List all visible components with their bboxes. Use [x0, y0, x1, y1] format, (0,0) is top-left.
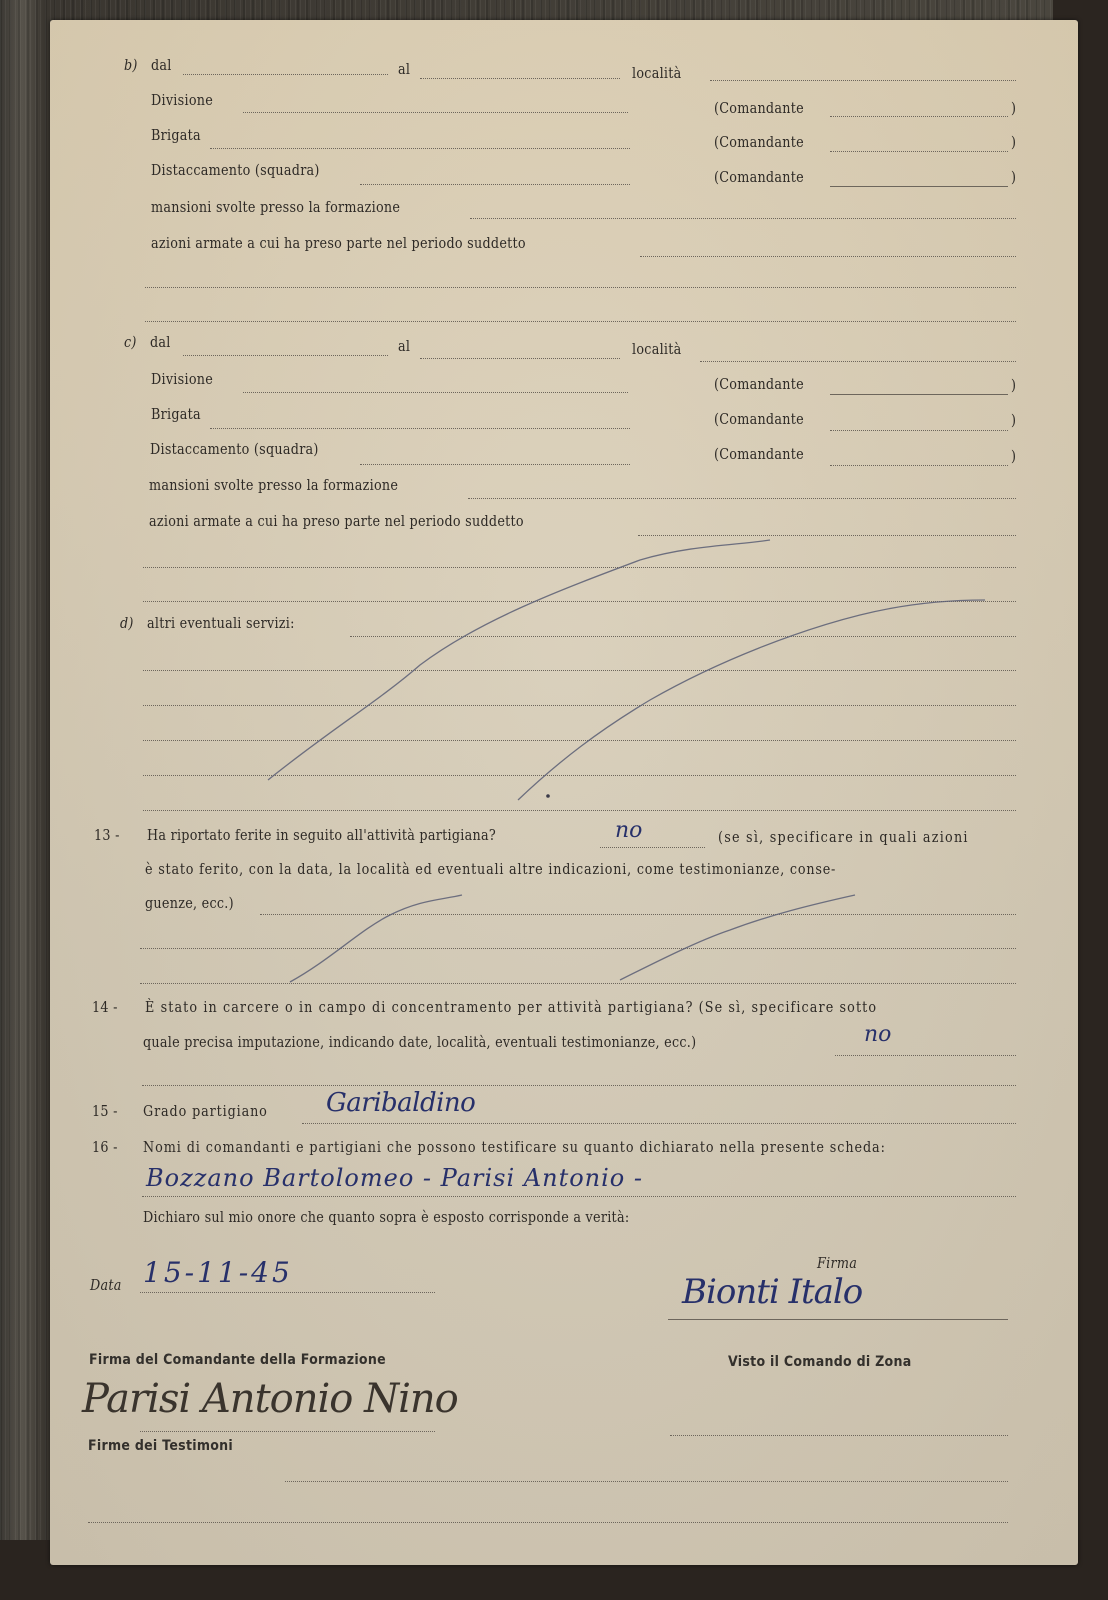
- q14-answer: no: [864, 1022, 891, 1047]
- comandante-divisione-field[interactable]: [830, 394, 1008, 395]
- altri-servizi-line5[interactable]: [143, 775, 1016, 776]
- azioni-field-line2[interactable]: [145, 287, 1016, 288]
- azioni-field[interactable]: [640, 256, 1016, 257]
- q13-line2: è stato ferito, con la data, la località…: [145, 862, 836, 878]
- altri-servizi-line6[interactable]: [143, 810, 1016, 811]
- q13-line3: guenze, ecc.): [145, 896, 234, 912]
- close-paren: ): [1011, 378, 1016, 394]
- al-label: al: [398, 62, 410, 78]
- dal-label: dal: [151, 58, 172, 74]
- brigata-label: Brigata: [151, 128, 201, 144]
- q14-line1: È stato in carcere o in campo di concent…: [145, 1000, 877, 1016]
- declaration-text: Dichiaro sul mio onore che quanto sopra …: [143, 1210, 629, 1226]
- firma-value: Bionti Italo: [682, 1272, 862, 1312]
- localita-field[interactable]: [700, 361, 1016, 362]
- close-paren: ): [1011, 413, 1016, 429]
- divisione-label: Divisione: [151, 93, 213, 109]
- q14-line2: quale precisa imputazione, indicando dat…: [143, 1035, 696, 1051]
- comandante-divisione-field[interactable]: [830, 116, 1008, 117]
- altri-servizi-line2[interactable]: [143, 670, 1016, 671]
- brigata-field[interactable]: [210, 148, 630, 149]
- localita-field[interactable]: [710, 80, 1016, 81]
- q13-answer: no: [615, 818, 642, 843]
- mansioni-label: mansioni svolte presso la formazione: [149, 478, 398, 494]
- altri-servizi-label: altri eventuali servizi:: [147, 616, 295, 632]
- distaccamento-label: Distaccamento (squadra): [150, 442, 319, 458]
- azioni-field-line3[interactable]: [143, 601, 1016, 602]
- comandante-distaccamento-field[interactable]: [830, 186, 1008, 187]
- section-d-marker: d): [120, 616, 134, 632]
- firma-comandante-value: Parisi Antonio Nino: [82, 1376, 458, 1422]
- azioni-field-line2[interactable]: [143, 567, 1016, 568]
- azioni-field[interactable]: [638, 535, 1016, 536]
- comandante-label: (Comandante: [714, 135, 804, 151]
- firma-comandante-field[interactable]: [140, 1431, 435, 1432]
- altri-servizi-field[interactable]: [350, 636, 1016, 637]
- q16-number: 16 -: [92, 1140, 118, 1156]
- distaccamento-field[interactable]: [360, 184, 630, 185]
- firme-testimoni-line2[interactable]: [88, 1522, 1008, 1523]
- brigata-label: Brigata: [151, 407, 201, 423]
- dal-field[interactable]: [183, 355, 388, 356]
- close-paren: ): [1011, 449, 1016, 465]
- localita-label: località: [632, 66, 682, 82]
- dal-label: dal: [150, 335, 171, 351]
- firma-field[interactable]: [668, 1319, 1008, 1320]
- comandante-distaccamento-field[interactable]: [830, 465, 1008, 466]
- witnesses-field[interactable]: [142, 1196, 1016, 1197]
- q13-number: 13 -: [94, 828, 120, 844]
- divisione-field[interactable]: [243, 112, 628, 113]
- section-c-marker: c): [124, 335, 137, 351]
- data-field[interactable]: [140, 1292, 435, 1293]
- q15-number: 15 -: [92, 1104, 118, 1120]
- al-field[interactable]: [420, 358, 620, 359]
- dal-field[interactable]: [183, 74, 388, 75]
- visto-field[interactable]: [670, 1435, 1008, 1436]
- q13-line1-rest: (se sì, specificare in quali azioni: [718, 830, 969, 846]
- comandante-label: (Comandante: [714, 170, 804, 186]
- distaccamento-label: Distaccamento (squadra): [151, 163, 320, 179]
- comandante-label: (Comandante: [714, 412, 804, 428]
- comandante-brigata-field[interactable]: [830, 430, 1008, 431]
- brigata-field[interactable]: [210, 428, 630, 429]
- q13-details-line2[interactable]: [140, 948, 1016, 949]
- altri-servizi-line4[interactable]: [143, 740, 1016, 741]
- mansioni-field[interactable]: [468, 498, 1016, 499]
- data-label: Data: [90, 1278, 122, 1294]
- firma-label: Firma: [817, 1256, 857, 1272]
- grado-value: Garibaldino: [326, 1088, 475, 1118]
- al-field[interactable]: [420, 78, 620, 79]
- close-paren: ): [1011, 170, 1016, 186]
- close-paren: ): [1011, 135, 1016, 151]
- azioni-label: azioni armate a cui ha preso parte nel p…: [149, 514, 524, 530]
- al-label: al: [398, 339, 410, 355]
- witnesses-value: Bozzano Bartolomeo - Parisi Antonio -: [146, 1164, 643, 1192]
- data-value: 15-11-45: [143, 1256, 293, 1289]
- localita-label: località: [632, 342, 682, 358]
- azioni-field-line3[interactable]: [145, 321, 1016, 322]
- q13-answer-field[interactable]: [600, 847, 705, 848]
- distaccamento-field[interactable]: [360, 464, 630, 465]
- visto-label: Visto il Comando di Zona: [728, 1354, 911, 1370]
- comandante-label: (Comandante: [714, 377, 804, 393]
- mansioni-field[interactable]: [470, 218, 1016, 219]
- divisione-label: Divisione: [151, 372, 213, 388]
- comandante-label: (Comandante: [714, 447, 804, 463]
- grado-field[interactable]: [302, 1123, 1016, 1124]
- q14-details-line2[interactable]: [142, 1085, 1016, 1086]
- q16-label: Nomi di comandanti e partigiani che poss…: [143, 1140, 886, 1156]
- divisione-field[interactable]: [243, 392, 628, 393]
- comandante-brigata-field[interactable]: [830, 151, 1008, 152]
- close-paren: ): [1011, 101, 1016, 117]
- section-b-marker: b): [124, 58, 138, 74]
- q13-line1: Ha riportato ferite in seguito all'attiv…: [147, 828, 496, 844]
- comandante-label: (Comandante: [714, 101, 804, 117]
- q14-number: 14 -: [92, 1000, 118, 1016]
- mansioni-label: mansioni svolte presso la formazione: [151, 200, 400, 216]
- q15-label: Grado partigiano: [143, 1104, 268, 1120]
- azioni-label: azioni armate a cui ha preso parte nel p…: [151, 236, 526, 252]
- firma-comandante-label: Firma del Comandante della Formazione: [89, 1352, 386, 1368]
- firme-testimoni-field[interactable]: [285, 1481, 1008, 1482]
- q14-answer-field[interactable]: [835, 1055, 1016, 1056]
- q13-details-field[interactable]: [260, 914, 1016, 915]
- firme-testimoni-label: Firme dei Testimoni: [88, 1438, 233, 1454]
- altri-servizi-line3[interactable]: [143, 705, 1016, 706]
- q13-details-line3[interactable]: [140, 983, 1016, 984]
